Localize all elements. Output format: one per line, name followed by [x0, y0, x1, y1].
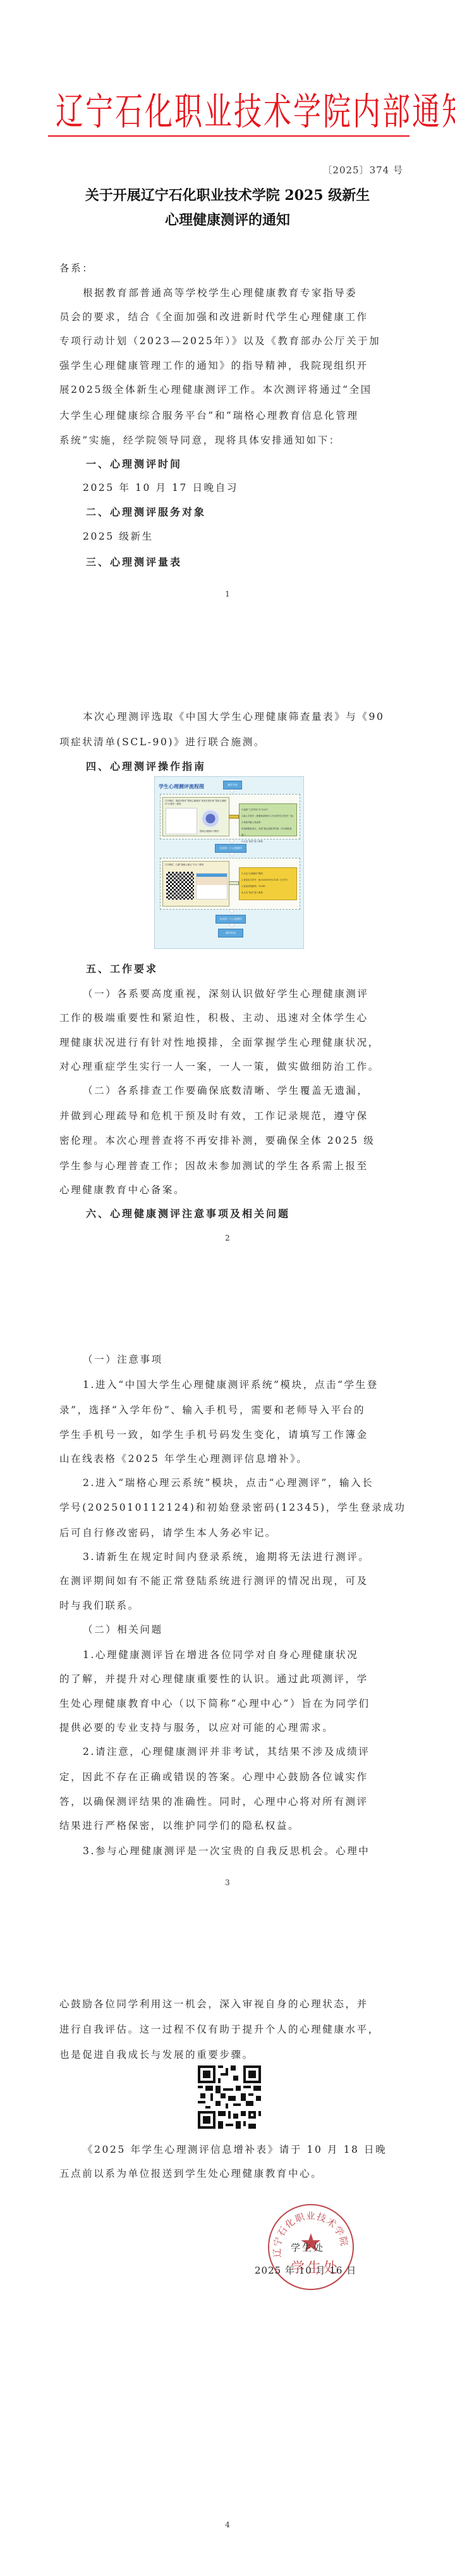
step-item: 1.选择“入学年份”为“2025” — [241, 807, 294, 813]
issue-line: 生处心理健康教育中心（以下简称“心理中心”）旨在为同学们 — [59, 1696, 401, 1710]
flow-panel-wechat-miniprogram: 打开微信，搜索小程序“国家心理测评”或者长按识别“国家心理测评”小程序二维码 国… — [162, 797, 229, 836]
scale-line: 本次心理测评选取《中国大学生心理健康筛查量表》与《90 — [83, 709, 424, 723]
panel2-caption: 打开微信，扫描“瑞格心理云”平台二维码 — [165, 864, 227, 867]
intro-line: 强学生心理健康管理工作的通知》的指导精神，我院现组织开 — [59, 358, 401, 372]
note-line: 在测评期间如有不能正常登陆系统进行测评的情况出现，可及 — [59, 1573, 401, 1587]
info-form-qr-code[interactable] — [198, 2065, 261, 2129]
phone-screenshot — [166, 808, 197, 834]
flow-end-box: 测评结束 — [218, 929, 243, 938]
section-heading-target: 二、心理测评服务对象 — [86, 504, 206, 519]
flow-arrow-icon — [229, 924, 234, 927]
requirement-line: 学生参与心理普查工作；因故未参加测试的学生各系需上报至 — [59, 1158, 401, 1172]
document-number: 〔2025〕374 号 — [316, 163, 403, 176]
salutation: 各系： — [59, 261, 401, 275]
issuer-name: 学生处 — [291, 2241, 325, 2254]
section-heading-requirements: 五、工作要求 — [86, 961, 158, 975]
section-heading-scale: 三、心理测评量表 — [86, 554, 182, 569]
intro-line: 大学生心理健康综合服务平台”和“瑞格心理教育信息化管理 — [59, 408, 401, 422]
step-item: 3.获取并输入验证码 — [241, 819, 294, 826]
panel1-caption: 打开微信，搜索小程序“国家心理测评”或者长按识别“国家心理测评”小程序二维码 — [165, 800, 227, 806]
flow-arrow-icon — [229, 790, 234, 793]
page-number: 4 — [221, 2520, 234, 2529]
scale-line: 项症状清单(SCL-90)》进行联合施测。 — [59, 734, 401, 748]
flow-steps-ruige: 1.点击“心理测评”模块 2.登录名为学号：如2025010112124（长学号… — [239, 867, 297, 900]
flow-start-box: 测评开始 — [223, 781, 242, 790]
flow-second-assessment-box: 完成第二个心理测评 — [215, 915, 246, 924]
issue-date: 2025 年 10 月 16 日 — [255, 2263, 356, 2277]
requirement-line: （一）各系要高度重视，深刻认识做好学生心理健康测评 — [83, 986, 424, 1000]
issue-line: 结果进行严格保密，以维护同学们的隐私权益。 — [59, 1818, 401, 1832]
issue-line: 进行自我评估。这一过程不仅有助于提升个人的心理健康水平， — [59, 2022, 401, 2036]
section-heading-guide: 四、心理测评操作指南 — [86, 759, 206, 773]
section-body-time: 2025 年 10 月 17 日晚自习 — [83, 480, 424, 494]
issue-line: 2.请注意，心理健康测评并非考试，其结果不涉及成绩评 — [83, 1744, 424, 1758]
note-line: 后可自行修改密码，请学生本人务必牢记。 — [59, 1525, 401, 1539]
page-number: 1 — [221, 590, 234, 598]
issue-line: 答，以确保测评结果的准确性。同时，心理中心将对所有测评 — [59, 1794, 401, 1808]
flow-arrow-icon — [229, 853, 234, 857]
notice-title-line1: 关于开展辽宁石化职业技术学院 2025 级新生 — [51, 185, 404, 204]
assessment-flowchart: 学生心理测评流程图 测评开始 打开微信，搜索小程序“国家心理测评”或者长按识别“… — [154, 776, 304, 949]
issue-line: 的了解，并提升对心理健康重要性的认识。通过此项测评，学 — [59, 1671, 401, 1685]
page-number: 3 — [221, 1878, 234, 1887]
step-item: 2.登录名为学号：如2025010112124（长学号） — [241, 877, 294, 883]
app-screenshot — [196, 873, 227, 900]
issue-line: 心鼓励各位同学利用这一机会，深入审视自身的心理状态，并 — [59, 1997, 401, 2010]
intro-line: 系统”实施，经学院领导同意，现将具体安排通知如下： — [59, 433, 401, 447]
flow-stage-1: 打开微信，搜索小程序“国家心理测评”或者长按识别“国家心理测评”小程序二维码 国… — [160, 794, 300, 839]
flow-panel-ruige-cloud: 打开微信，扫描“瑞格心理云”平台二维码 — [162, 861, 229, 907]
flow-first-assessment-box: 完成第一个心理测评 — [215, 844, 246, 853]
note-line: 录”，选择“入学年份”、输入手机号，需要和老师导入平台的 — [59, 1403, 401, 1416]
step-item: 1.点击“心理测评”模块 — [241, 870, 294, 877]
requirement-line: 对心理重症学生实行一人一案，一人一策，做实做细防治工作。 — [59, 1059, 401, 1073]
section-heading-time: 一、心理测评时间 — [86, 456, 182, 471]
issue-line: 提供必要的专业支持与服务，以应对可能的心理需求。 — [59, 1720, 401, 1734]
note-line: 山在线表格《2025 年学生心理测评信息增补》。 — [59, 1451, 401, 1465]
flow-arrow-icon — [229, 839, 234, 843]
flow-steps-national-platform: 1.选择“入学年份”为“2025” 2.输入手机号（需要和老师导入平台的学生手机… — [239, 803, 297, 836]
requirement-line: 工作的极端重要性和紧迫性，积极、主动、迅速对全体学生心 — [59, 1010, 401, 1024]
note-line: 1.进入“中国大学生心理健康测评系统”模块，点击“学生登 — [83, 1377, 424, 1391]
step-item: 4.点击“登录”进入系统 — [241, 889, 294, 896]
subsection-heading-issues: （二）相关问题 — [83, 1622, 424, 1636]
closing-line: 《2025 年学生心理测评信息增补表》请于 10 月 18 日晚 — [83, 2142, 424, 2156]
requirement-line: （二）各系排查工作要确保底数清晰、学生覆盖无遗漏， — [83, 1083, 424, 1097]
flow-right-arrow-icon — [229, 881, 239, 885]
panel1-qr-caption: 国家心理测评小程序 — [200, 830, 227, 833]
section-heading-notes: 六、心理健康测评注意事项及相关问题 — [86, 1206, 290, 1220]
requirement-line: 心理健康教育中心备案。 — [59, 1182, 401, 1196]
flow-arrow-icon — [229, 910, 234, 913]
flowchart-title: 学生心理测评流程图 — [159, 783, 204, 790]
step-item: 3.登录初始密码：12345 — [241, 883, 294, 889]
issue-line: 也是促进自我成长与发展的重要步骤。 — [59, 2047, 401, 2061]
masthead-divider — [48, 135, 409, 137]
issue-line: 1.心理健康测评旨在增进各位同学对自身心理健康状况 — [83, 1647, 424, 1661]
requirement-line: 密伦理。本次心理普查将不再安排补测，要确保全体 2025 级 — [59, 1133, 401, 1147]
flow-stage-2: 打开微信，扫描“瑞格心理云”平台二维码 1.点击“心理测评”模块 2.登录名为学… — [160, 858, 300, 910]
intro-line: 根据教育部普通高等学校学生心理健康教育专家指导委 — [83, 285, 424, 299]
flow-right-arrow-icon — [229, 815, 239, 819]
step-item: 5.点击“登录”进入系统 — [241, 838, 294, 845]
closing-line: 五点前以系为单位报送到学生处心理健康教育中心。 — [59, 2166, 401, 2180]
issue-line: 3.参与心理健康测评是一次宝贵的自我反思机会。心理中 — [83, 1843, 424, 1857]
note-line: 学生手机号一致，如学生手机号码发生变化，请填写工作簿金 — [59, 1427, 401, 1441]
note-line: 2.进入“瑞格心理云系统”模块，点击“心理测评”，输入长 — [83, 1475, 424, 1489]
ruige-qr-icon — [166, 872, 194, 900]
section-body-target: 2025 级新生 — [83, 529, 424, 543]
requirement-line: 并做到心理疏导和危机干预及时有效，工作记录规范，遵守保 — [59, 1108, 401, 1122]
requirement-line: 理健康状况进行有针对性地摸排，全面掌握学生心理健康状况， — [59, 1035, 401, 1049]
masthead-title: 辽宁石化职业技术学院内部通知 — [56, 81, 409, 135]
intro-line: 展2025级全体新生心理健康测评工作。本次测评将通过“全国 — [59, 382, 401, 396]
miniprogram-code-icon — [201, 809, 220, 828]
notice-title-line2: 心理健康测评的通知 — [51, 209, 404, 229]
subsection-heading-notes: （一）注意事项 — [83, 1352, 424, 1366]
note-line: 时与我们联系。 — [59, 1598, 401, 1612]
issue-line: 定，因此不存在正确或错误的答案。心理中心鼓励各位诚实作 — [59, 1769, 401, 1783]
step-item: 2.输入手机号（需要和老师导入平台的学生手机号一致） — [241, 813, 294, 819]
intro-line: 专项行动计划（2023—2025年）》以及《教育部办公厅关于加 — [59, 333, 401, 347]
note-line: 3.请新生在规定时间内登录系统，逾期将无法进行测评。 — [83, 1549, 424, 1563]
intro-line: 员会的要求，结合《全面加强和改进新时代学生心理健康工作 — [59, 309, 401, 323]
step-item: 4.阅读隐私协议，勾选“我已阅读并同意（平台隐私政策）” — [241, 826, 294, 838]
qr-code-icon — [198, 2065, 261, 2129]
page-number: 2 — [221, 1234, 234, 1242]
note-line: 学号(2025010112124)和初始登录密码(12345)，学生登录成功 — [59, 1500, 401, 1514]
